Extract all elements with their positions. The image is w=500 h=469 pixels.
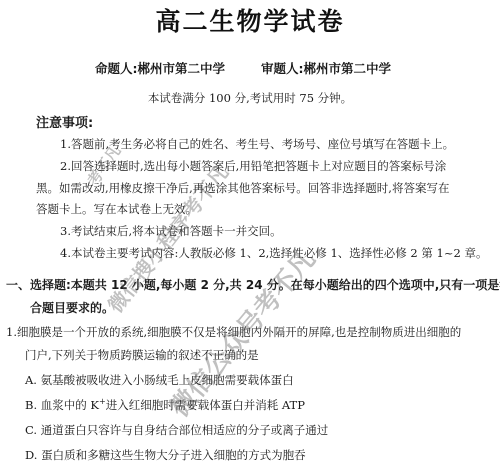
notice-line-6: 4.本试卷主要考试内容:人教版必修 1、2,选择性必修 1、选择性必修 2 第 …: [60, 245, 487, 261]
score-info: 本试卷满分 100 分,考试用时 75 分钟。: [0, 90, 500, 106]
question-1-option-c: C. 通道蛋白只容许与自身结合部位相适应的分子或离子通过: [25, 422, 328, 438]
question-1-option-d: D. 蛋白质和多糖这些生物大分子进入细胞的方式为胞吞: [25, 447, 306, 463]
question-1-option-a: A. 氨基酸被吸收进入小肠绒毛上皮细胞需要载体蛋白: [25, 372, 294, 388]
notice-line-3: 黑。如需改动,用橡皮擦干净后,再选涂其他答案标号。回答非选择题时,将答案写在: [36, 180, 449, 196]
section-heading-line-2: 合题目要求的。: [30, 299, 114, 316]
author-label: 命题人:郴州市第二中学: [95, 61, 225, 76]
option-b-superscript: +: [99, 397, 106, 406]
question-1-option-b: B. 血浆中的 K+进入红细胞时需要载体蛋白并消耗 ATP: [25, 397, 305, 413]
exam-page: 高二生物学试卷 命题人:郴州市第二中学审题人:郴州市第二中学 本试卷满分 100…: [0, 0, 500, 469]
notice-line-4: 答题卡上。写在本试卷上无效。: [36, 201, 197, 217]
section-heading-line-1: 一、选择题:本题共 12 小题,每小题 2 分,共 24 分。在每小题给出的四个…: [6, 276, 500, 293]
option-b-text-post: 进入红细胞时需要载体蛋白并消耗 ATP: [106, 398, 305, 412]
exam-title: 高二生物学试卷: [0, 2, 500, 38]
option-b-text-pre: B. 血浆中的 K: [25, 398, 99, 412]
notice-line-2: 2.回答选择题时,选出每小题答案后,用铅笔把答题卡上对应题目的答案标号涂: [60, 158, 446, 174]
notice-line-1: 1.答题前,考生务必将自己的姓名、考生号、考场号、座位号填写在答题卡上。: [60, 136, 454, 152]
question-1-stem-line-2: 门户,下列关于物质跨膜运输的叙述不正确的是: [25, 347, 259, 363]
question-1-stem-line-1: 1.细胞膜是一个开放的系统,细胞膜不仅是将细胞内外隔开的屏障,也是控制物质进出细…: [6, 324, 461, 340]
notice-line-5: 3.考试结束后,将本试卷和答题卡一并交回。: [60, 223, 282, 239]
notice-heading: 注意事项:: [36, 112, 93, 131]
author-info: 命题人:郴州市第二中学审题人:郴州市第二中学: [95, 59, 391, 77]
reviewer-label: 审题人:郴州市第二中学: [261, 61, 391, 76]
